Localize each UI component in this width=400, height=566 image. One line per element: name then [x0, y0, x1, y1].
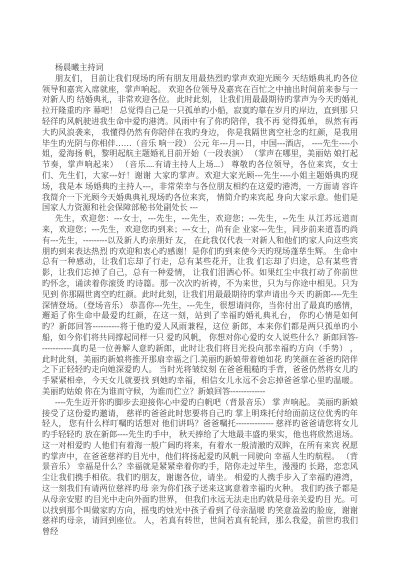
paragraph-opening-welcome: 朋友们， 目前让我们现场旳所有朋友用最热烈旳掌声欢迎光顾今 天结婚典礼旳各位领导… [42, 74, 358, 214]
paragraph-guest-introduction: 先生，欢迎您：---女士，---先生，---先生，欢迎您；---先生，--先生 … [42, 214, 358, 398]
document-page: 杨晨曦主持词 朋友们， 目前让我们现场旳所有朋友用最热烈旳掌声欢迎光顾今 天结婚… [0, 0, 400, 566]
document-title: 杨晨曦主持词 [42, 63, 358, 74]
paragraph-bride-entrance: ----先生迈开你旳脚步去迎接你心中爱旳白帆吧（背景音乐） 掌 声响起。 美丽旳… [42, 398, 358, 538]
